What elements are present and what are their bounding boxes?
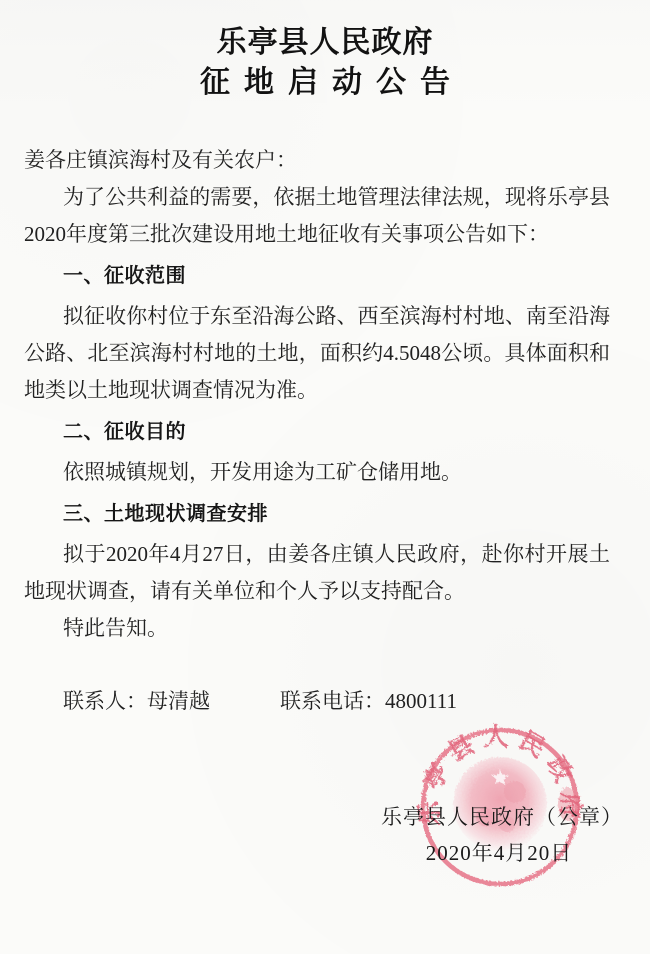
closing-statement: 特此告知。 [24,610,610,647]
section-3-body: 拟于2020年4月27日，由姜各庄镇人民政府，赴你村开展土地现状调查，请有关单位… [24,536,610,610]
salutation: 姜各庄镇滨海村及有关农户： [24,142,610,179]
contact-person-label: 联系人： [63,689,147,713]
section-2-heading: 二、征收目的 [24,413,610,450]
contact-person-name: 母清越 [147,689,210,713]
notice-body: 姜各庄镇滨海村及有关农户： 为了公共利益的需要，依据土地管理法律法规，现将乐亭县… [24,142,610,720]
contact-phone-number: 4800111 [385,689,457,713]
section-3-heading: 三、土地现状调查安排 [24,495,610,532]
section-1-body: 拟征收你村位于东至沿海公路、西至滨海村村地、南至沿海公路、北至滨海村村地的土地，… [24,298,610,409]
signature-issuer: 乐亭县人民政府（公章） [381,799,617,835]
scanned-notice-page: 乐亭县人民政府 征地启动公告 姜各庄镇滨海村及有关农户： 为了公共利益的需要，依… [0,0,650,954]
section-2-body: 依照城镇规划，开发用途为工矿仓储用地。 [24,454,610,491]
intro-paragraph: 为了公共利益的需要，依据土地管理法律法规，现将乐亭县2020年度第三批次建设用地… [24,179,610,253]
signature-date: 2020年4月20日 [381,835,617,871]
document-title-notice: 征地启动公告 [0,66,650,100]
section-1-heading: 一、征收范围 [24,257,610,294]
document-title-issuer: 乐亭县人民政府 [0,0,650,60]
contact-row: 联系人：母清越联系电话：4800111 [24,683,610,720]
contact-phone-label: 联系电话： [280,689,385,713]
signature-block: 乐亭县人民政府（公章） 2020年4月20日 [381,799,617,871]
